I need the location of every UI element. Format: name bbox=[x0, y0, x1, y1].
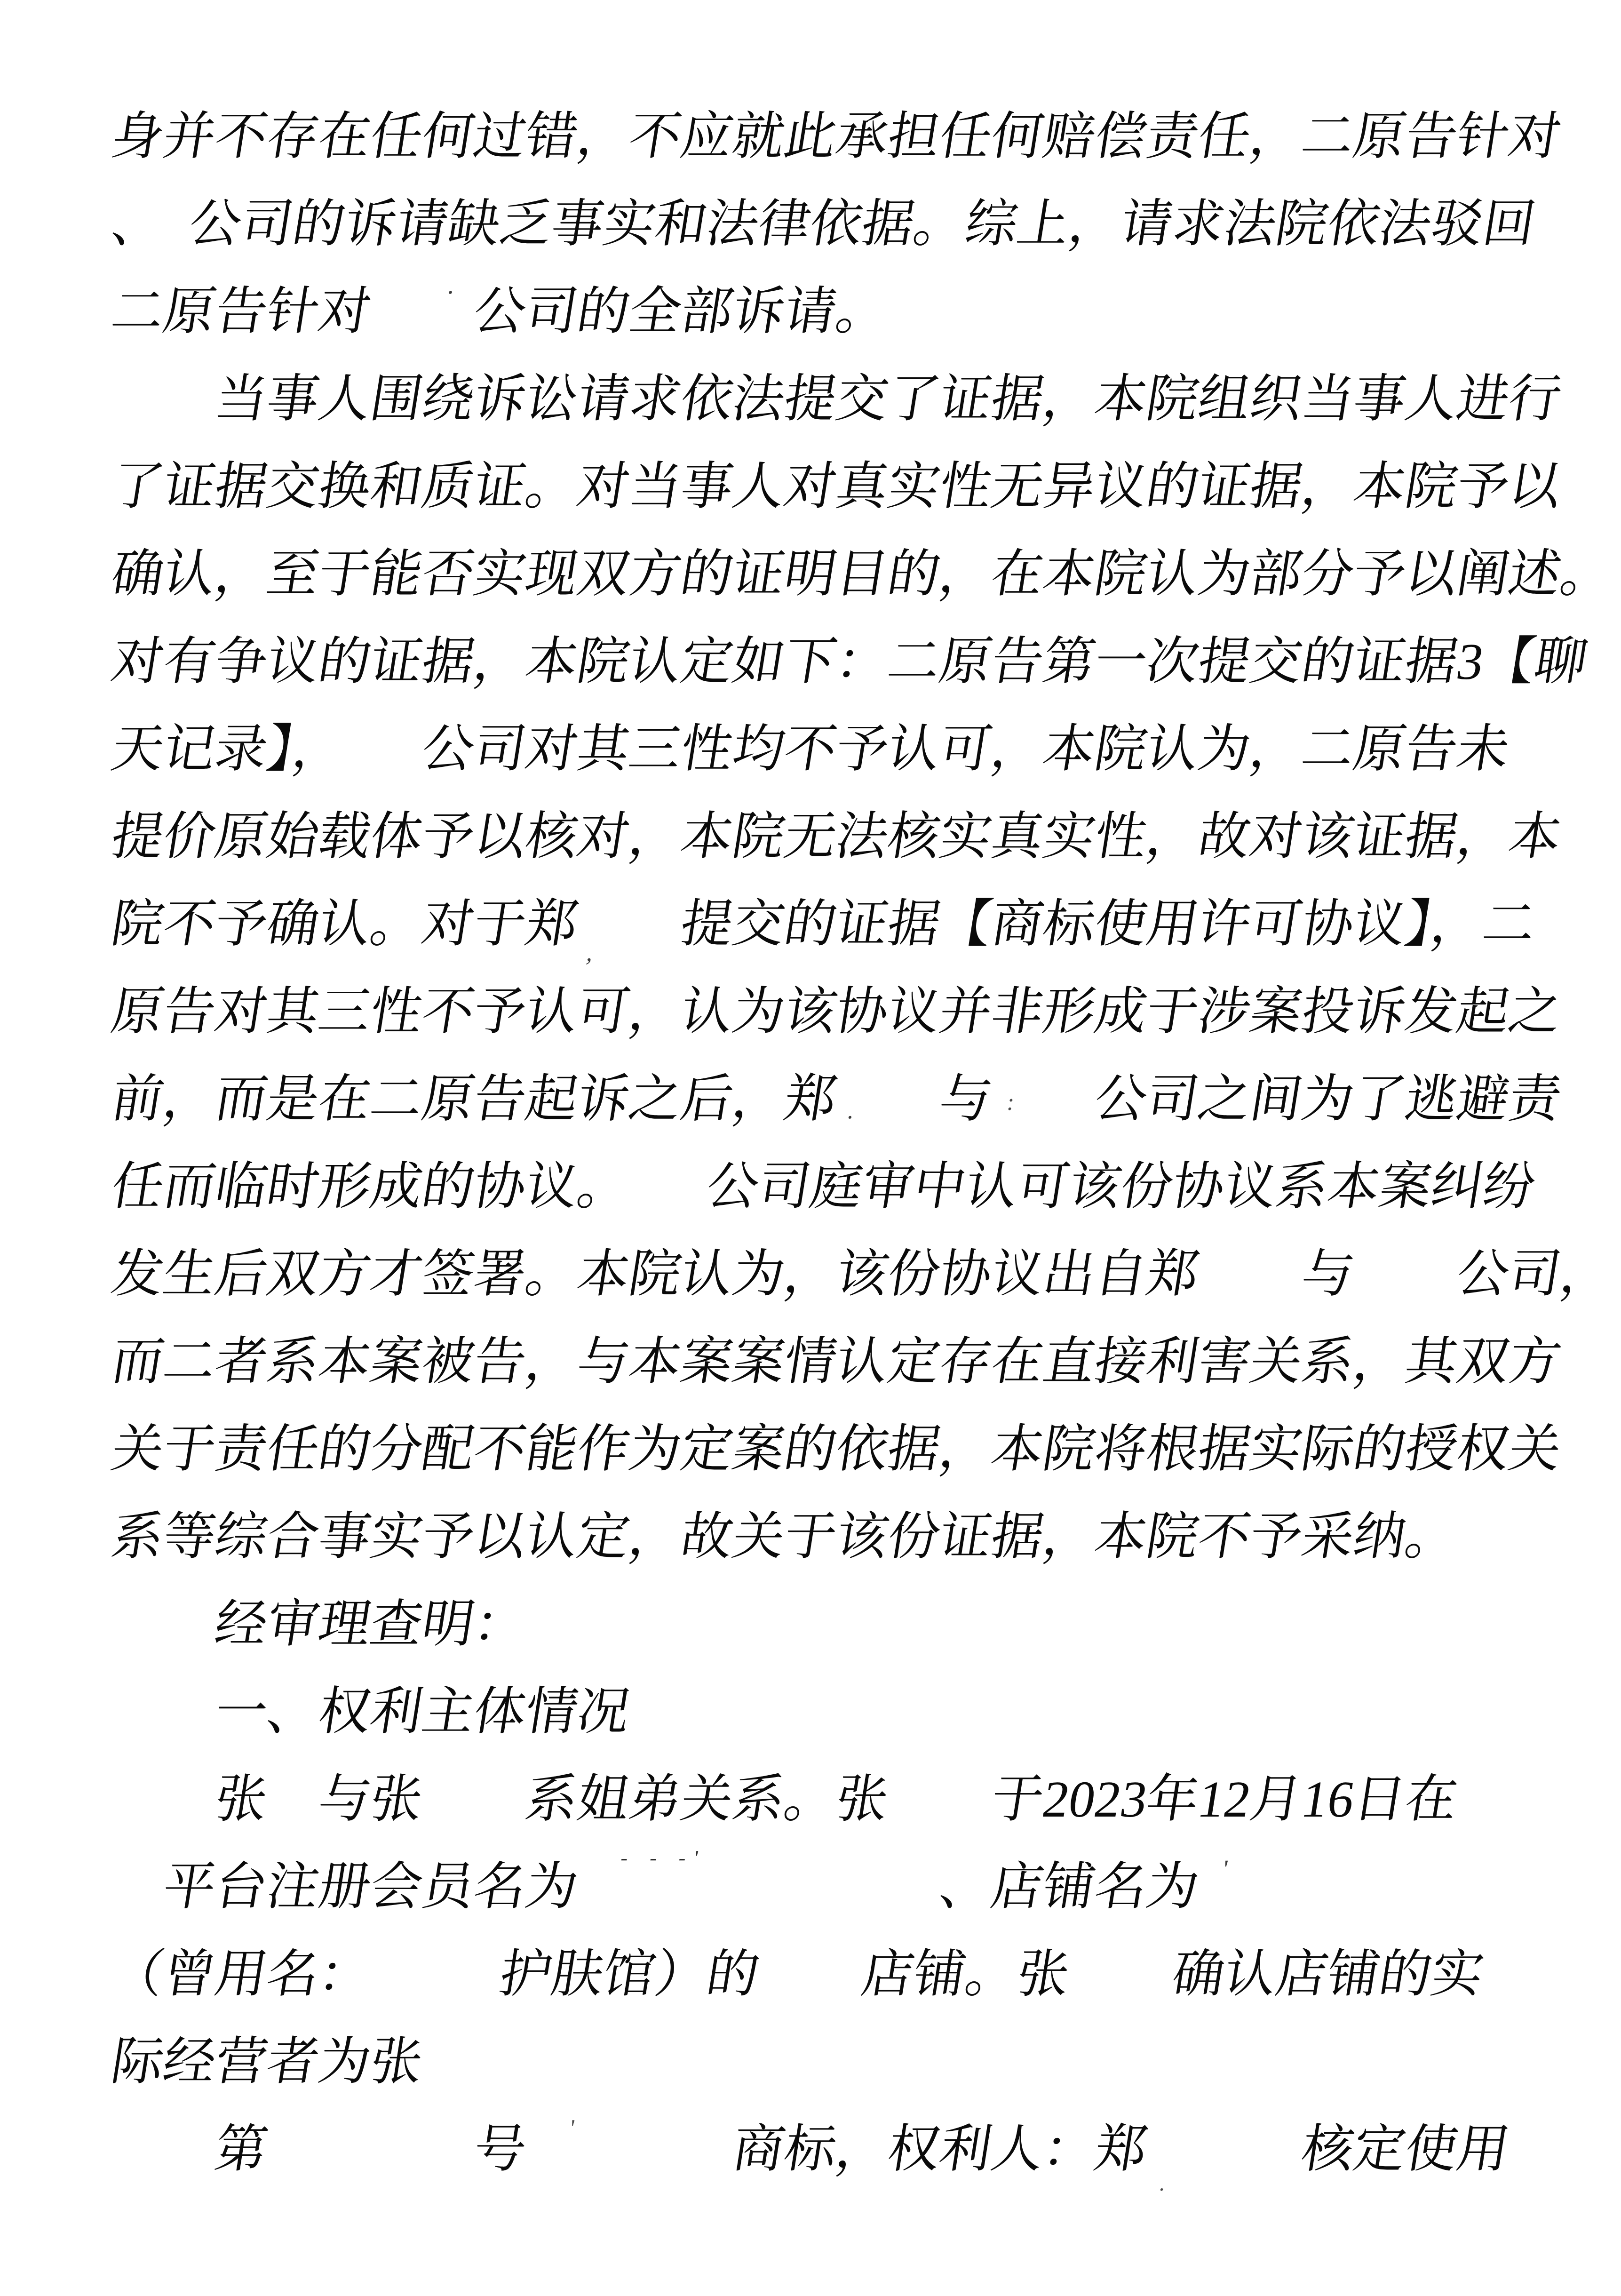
text-line: 任而临时形成的协议。 公司庭审中认可该份协议系本案纠纷 bbox=[105, 1143, 1605, 1230]
text-line: 了证据交换和质证。对当事人对真实性无异议的证据，本院予以 bbox=[105, 443, 1605, 530]
judgment-text-block: 身并不存在任何过错，不应就此承担任何赔偿责任，二原告针对 、 公司的诉请缺乏事实… bbox=[112, 93, 1598, 2193]
text-line: 天记录】， 公司对其三性均不予认可，本院认为，二原告未 bbox=[105, 705, 1605, 793]
text-line: 经审理查明： bbox=[105, 1580, 1605, 1668]
text-line: 际经营者为张 bbox=[105, 2018, 1605, 2105]
text-line: 提价原始载体予以核对，本院无法核实真实性，故对该证据，本 bbox=[105, 793, 1605, 880]
text-line: 原告对其三性不予认可，认为该协议并非形成于涉案投诉发起之 bbox=[105, 968, 1605, 1055]
text-line: 身并不存在任何过错，不应就此承担任何赔偿责任，二原告针对 bbox=[105, 93, 1605, 180]
text-line: 二原告针对 公司的全部诉请。 bbox=[105, 268, 1605, 355]
text-line: 第 号 商标，权利人：郑 核定使用 bbox=[105, 2105, 1605, 2193]
text-line: 一、权利主体情况 bbox=[105, 1668, 1605, 1755]
text-line: 对有争议的证据，本院认定如下：二原告第一次提交的证据3【聊 bbox=[105, 618, 1605, 705]
text-line: 而二者系本案被告，与本案案情认定存在直接利害关系，其双方 bbox=[105, 1318, 1605, 1405]
text-line: 张 与张 系姐弟关系。张 于2023年12月16日在 bbox=[105, 1755, 1605, 1843]
text-line: 确认，至于能否实现双方的证明目的，在本院认为部分予以阐述。 bbox=[105, 530, 1605, 618]
text-line: （曾用名： 护肤馆）的 店铺。张 确认店铺的实 bbox=[105, 1930, 1605, 2018]
text-line: 前，而是在二原告起诉之后，郑 与 公司之间为了逃避责 bbox=[105, 1055, 1605, 1143]
text-line: 关于责任的分配不能作为定案的依据，本院将根据实际的授权关 bbox=[105, 1405, 1605, 1493]
text-line: 平台注册会员名为 、店铺名为 bbox=[105, 1843, 1605, 1930]
text-line: 发生后双方才签署。本院认为，该份协议出自郑 与 公司， bbox=[105, 1230, 1605, 1318]
text-line: 、 公司的诉请缺乏事实和法律依据。综上，请求法院依法驳回 bbox=[105, 180, 1605, 268]
document-page: 身并不存在任何过错，不应就此承担任何赔偿责任，二原告针对 、 公司的诉请缺乏事实… bbox=[0, 0, 1621, 2296]
redaction-artifact: - - -' bbox=[619, 1847, 708, 1869]
text-line: 系等综合事实予以认定，故关于该份证据，本院不予采纳。 bbox=[105, 1493, 1605, 1580]
text-line: 院不予确认。对于郑 提交的证据【商标使用许可协议】，二 bbox=[105, 880, 1605, 968]
text-line: 当事人围绕诉讼请求依法提交了证据，本院组织当事人进行 bbox=[105, 355, 1605, 443]
